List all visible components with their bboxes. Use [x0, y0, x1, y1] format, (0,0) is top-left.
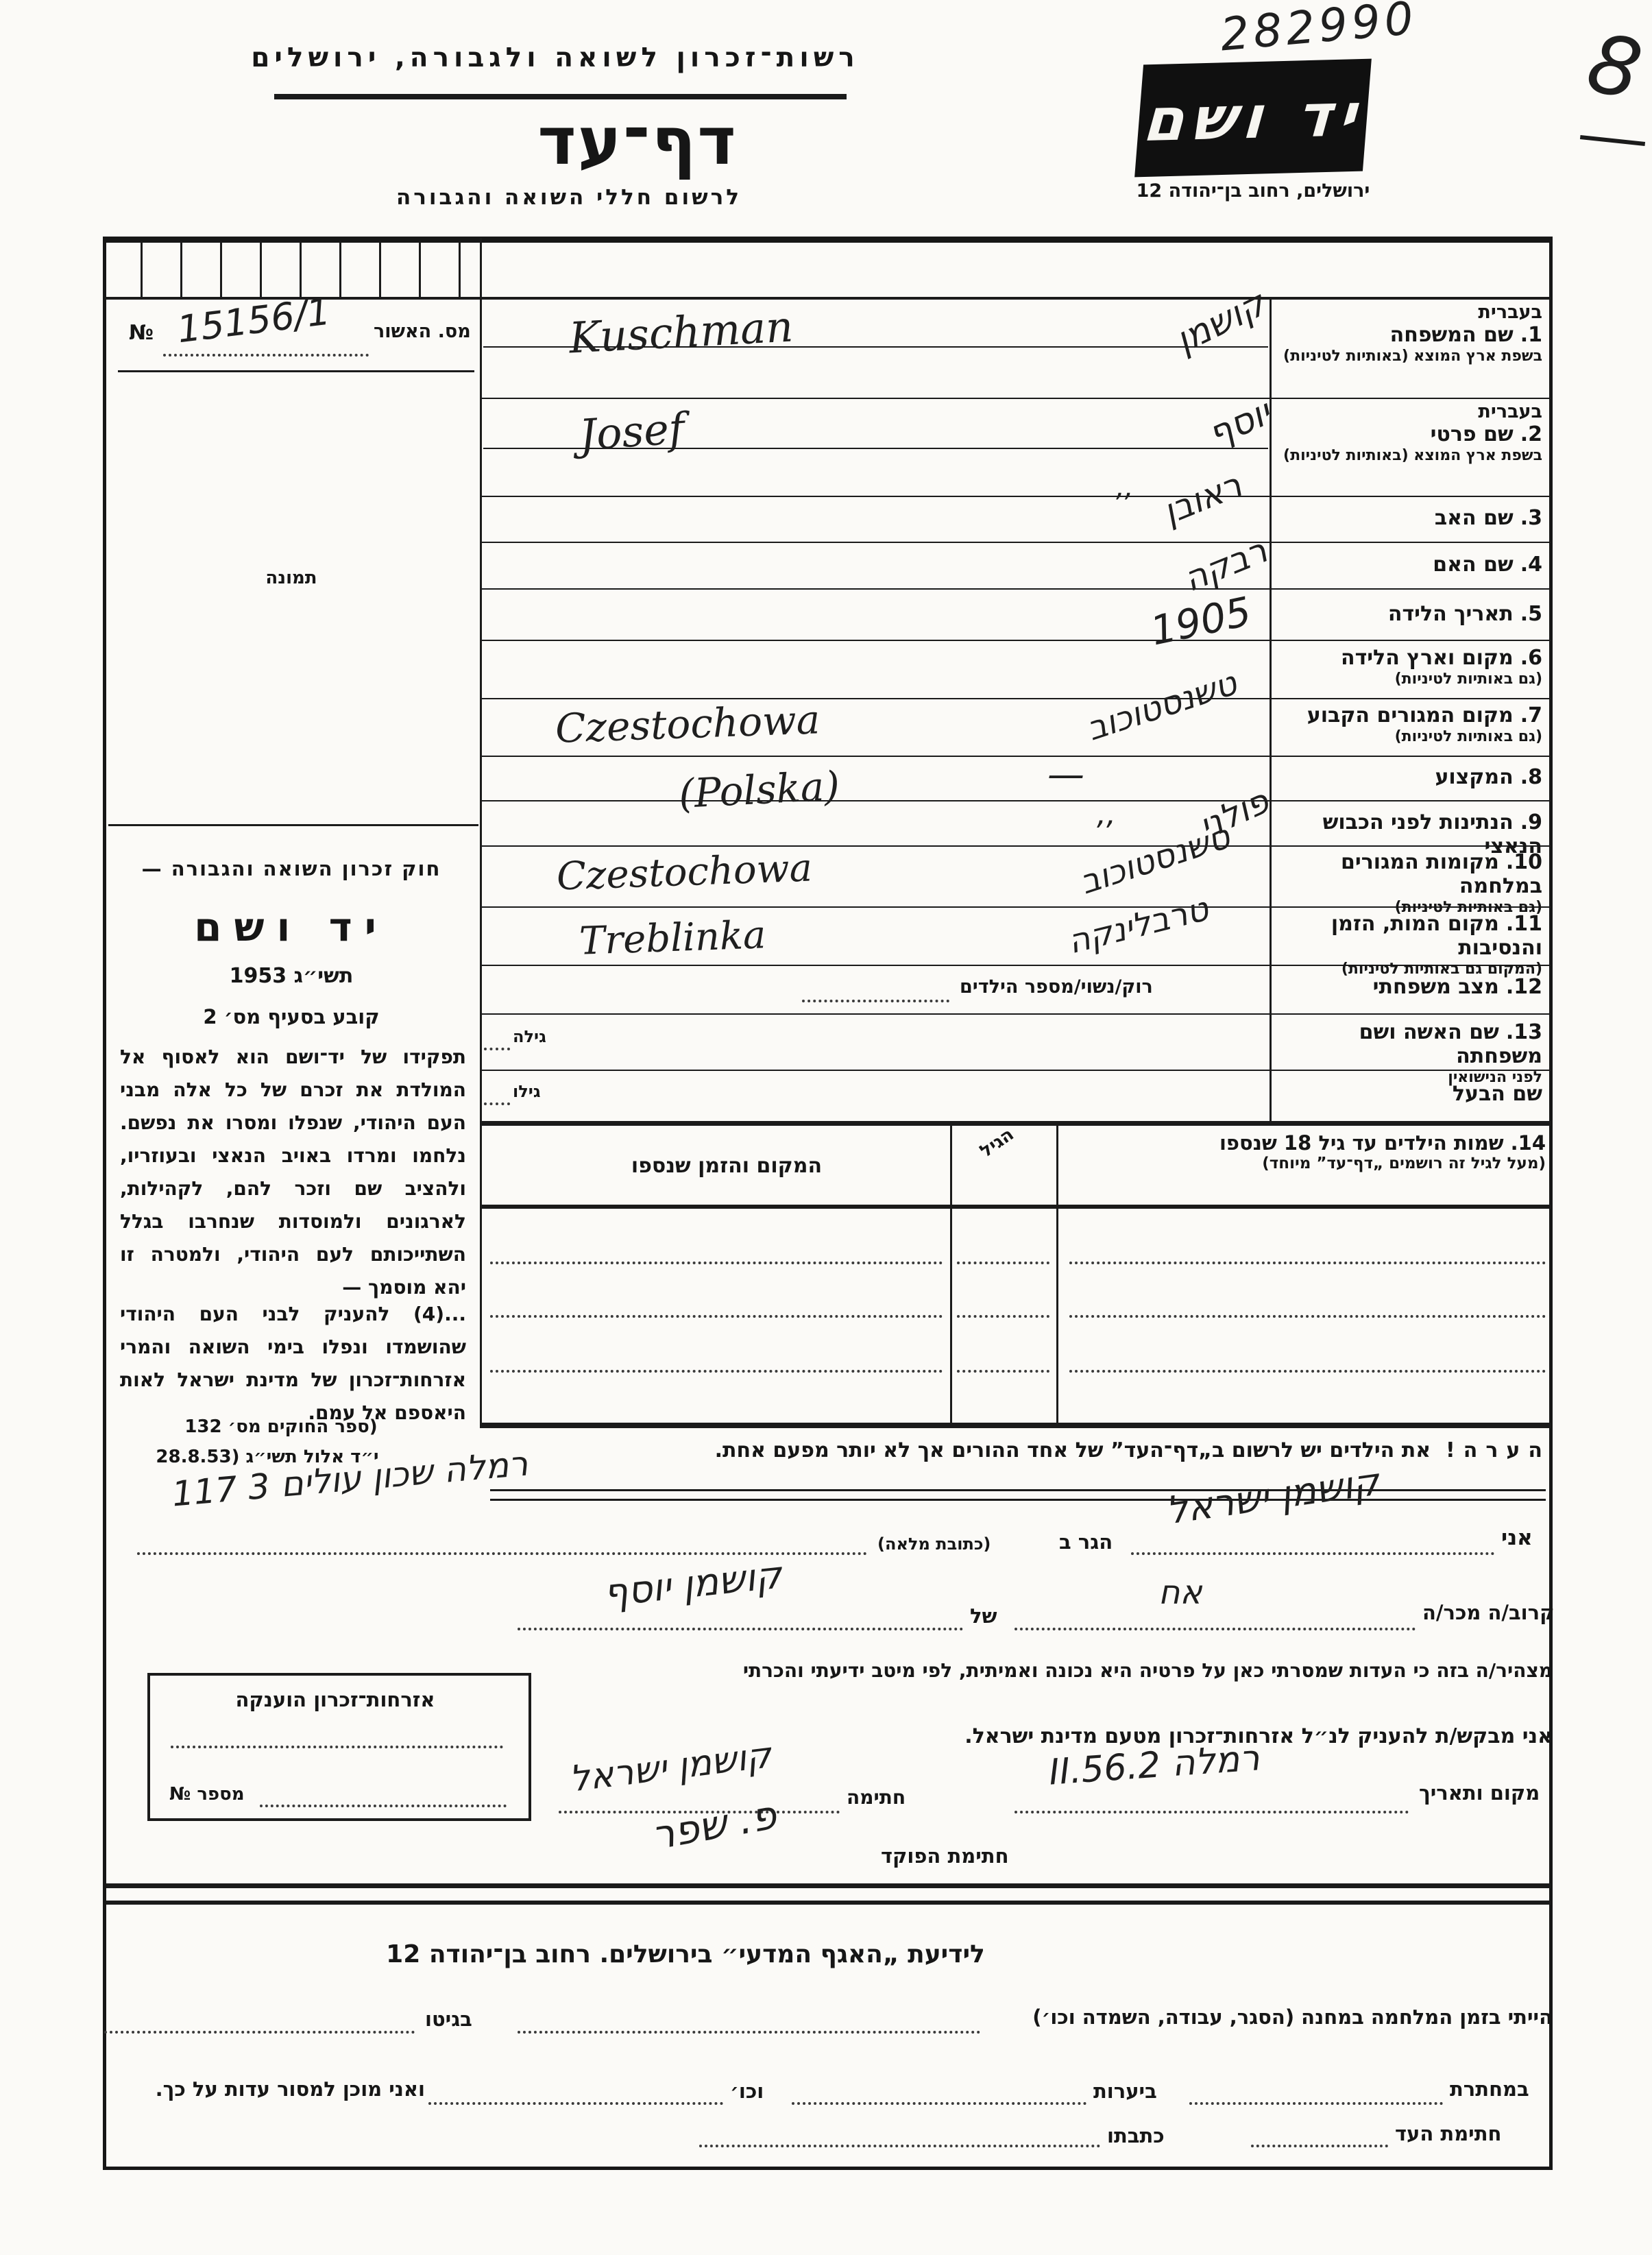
law-paragraph-2: ...(4) להעניק לבני העם היהודי שהושמדו ונ…: [120, 1298, 466, 1430]
comb-tick: [419, 241, 421, 298]
answer-death-place-latin: Treblinka: [579, 913, 766, 963]
bottom-section-rule-2: [106, 1901, 1551, 1905]
witness-address-label: כתבתו: [1107, 2124, 1165, 2147]
field-rule: [482, 800, 1551, 801]
camps-label: הייתי בזמן המלחמה במחנה (הסגר, עבודה, הש…: [987, 2005, 1553, 2029]
logo-address: ירושלים, רחוב בן־יהודה 12: [1109, 180, 1397, 202]
ghetto-label: בגיטו: [425, 2007, 472, 2031]
children-row-dotline: [957, 1262, 1049, 1264]
form-title: דף־עד: [473, 103, 802, 180]
agency-underline: [274, 94, 847, 99]
field-rule: [482, 542, 1551, 543]
law-reference-1: (ספר החוקים מס׳ 132: [137, 1416, 425, 1437]
children-col-divider: [950, 1126, 952, 1423]
note-bottom-rule-2: [490, 1499, 1546, 1501]
witness-signature-label: חתימת העד: [1395, 2122, 1501, 2145]
children-row-dotline: [1069, 1315, 1546, 1318]
field-label-8: 8.המקצוע: [1274, 765, 1545, 789]
stamp-number-label: מספר №: [169, 1784, 245, 1805]
note-text: את הילדים יש לרשום ב„דף־העד” של אחד ההור…: [715, 1438, 1431, 1462]
witness-signature-dotline: [1251, 2145, 1388, 2147]
children-field-sub: (מעל לגיל זה רושמים „דף־עד” מיוחד): [1066, 1155, 1546, 1172]
field-rule: [482, 698, 1551, 699]
comb-tick: [459, 241, 461, 298]
children-row-dotline: [490, 1370, 943, 1373]
children-row-dotline: [1069, 1370, 1546, 1373]
bottom-section-rule-1: [106, 1883, 1551, 1888]
field-rule: [482, 398, 1551, 399]
citizenship-stamp-box: אזרחות־זכרון הוענקה מספר №: [147, 1673, 531, 1821]
left-column-divider: [480, 238, 482, 1423]
declaration-statement: מצהיר/ה בזה כי העדות שמסרתי כאן על פרטיה…: [507, 1659, 1553, 1682]
children-row-dotline: [957, 1370, 1049, 1373]
witness-address-dotline: [699, 2145, 1100, 2147]
field-label-6: 6.מקום וארץ הלידה (גם באותיות לטיניות): [1274, 646, 1545, 688]
yad-vashem-logo: יד ושם: [1134, 59, 1372, 178]
clerk-signature-label: חתימת הפוקד: [881, 1844, 1009, 1868]
answer-residence-latin: (Polska): [677, 762, 840, 817]
answer-residence-ditto: ,,: [1097, 797, 1116, 832]
law-title: חוק זכרון השואה והגבורה —: [117, 857, 466, 880]
note-line: הערה!את הילדים יש לרשום ב„דף־העד” של אחד…: [500, 1438, 1551, 1462]
marital-status-dotline: [802, 1000, 949, 1002]
cert-number-sign: №: [129, 321, 154, 345]
etc-dotline: [428, 2102, 723, 2105]
field-rule: [482, 756, 1551, 757]
field-label-7: 7.מקום המגורים הקבוע (גם באותיות לטיניות…: [1274, 703, 1545, 746]
comb-tick: [260, 241, 262, 298]
relation-of-label: של: [970, 1604, 997, 1628]
field-6-sub: (גם באותיות לטיניות): [1274, 670, 1542, 688]
place-date-dotline: [1015, 1811, 1409, 1813]
law-paragraph-1: תפקידו של יד־ושם הוא לאסוף אל המולדת את …: [120, 1041, 466, 1304]
wife-age-dotline: [484, 1048, 510, 1050]
resident-label: הגר ב: [1059, 1530, 1113, 1554]
handwritten-page-mark: 8: [1579, 15, 1649, 119]
field-rule: [482, 1013, 1551, 1015]
field-7-sub: (גם באותיות לטיניות): [1274, 727, 1542, 746]
photo-placeholder-label: תמונה: [233, 568, 350, 588]
comb-tick: [379, 241, 381, 298]
forests-dotline: [792, 2102, 1086, 2105]
address-note-label: (כתובת מלאה): [877, 1534, 991, 1554]
declarant-i-label: אני: [1501, 1526, 1533, 1550]
field-rule: [482, 496, 1551, 497]
field-2-language: בעברית: [1274, 401, 1542, 422]
note-bottom-rule-1: [490, 1489, 1546, 1491]
stamp-title: אזרחות־זכרון הוענקה: [157, 1688, 513, 1711]
field-1-sub: בשפת ארץ המוצא (באותיות לטיניות): [1274, 347, 1542, 365]
children-row-dotline: [490, 1262, 943, 1264]
field-rule: [482, 640, 1551, 641]
stamp-dotline-1: [171, 1746, 503, 1748]
children-row-dotline: [957, 1315, 1049, 1318]
note-top-rule: [480, 1423, 1551, 1428]
field-1-language: בעברית: [1274, 302, 1542, 323]
comb-tick: [220, 241, 222, 298]
field-rule: [482, 588, 1551, 590]
comb-tick: [300, 241, 302, 298]
relation-dotline: [1015, 1628, 1416, 1630]
cert-bottom-rule: [118, 370, 474, 372]
signature-label: חתימה: [847, 1786, 906, 1809]
field-label-2: בעברית 2.שם פרטי בשפת ארץ המוצא (באותיות…: [1274, 401, 1545, 496]
law-name: יד ושם: [117, 904, 466, 950]
comb-tick: [339, 241, 341, 298]
field-label-13: 13.שם האשה ושם משפחתה לפני הנישואין: [1274, 1020, 1545, 1087]
field-label-3: 3.שם האב: [1274, 506, 1545, 530]
comb-tick: [141, 241, 143, 298]
field-label-10: 10.מקומות המגורים במלחמה (גם באותיות לטי…: [1274, 850, 1545, 917]
field-label-4: 4.שם האם: [1274, 553, 1545, 577]
law-clause: קובע בסעיף מס׳ 2: [117, 1005, 466, 1028]
note-label: הערה!: [1446, 1438, 1551, 1462]
testify-statement: ואני מוכן למסור עדות על כך.: [69, 2077, 425, 2101]
stamp-number-dotline: [260, 1805, 507, 1807]
field-label-5: 5.תאריך הלידה: [1274, 602, 1545, 626]
field-label-12: 12.מצב משפחתי: [1274, 975, 1545, 999]
marital-status-options: רוק/נשוי/מספר הילדים: [960, 976, 1153, 998]
answer-first-name-latin: Josef: [578, 403, 686, 461]
field-label-1: בעברית 1.שם המשפחה בשפת ארץ המוצא (באותי…: [1274, 302, 1545, 398]
children-row-dotline: [490, 1315, 943, 1318]
children-place-column-header: המקום והזמן שנספו: [521, 1154, 932, 1178]
children-field-label: 14.שמות הילדים עד גיל 18 שנספו (מעל לגיל…: [1066, 1131, 1546, 1172]
answer-birthplace-latin: Czestochowa: [555, 696, 821, 751]
etc-label: וכו׳: [730, 2079, 764, 2103]
scanned-testimony-page: 282990 8 רשות־זכרון לשואה ולגבורה, ירושל…: [0, 0, 1652, 2255]
underground-dotline: [1189, 2102, 1443, 2105]
scientific-dept-title: לידיעת „האגף המדעי״ בירושלים. רחוב בן־יה…: [288, 1940, 1083, 1968]
ghetto-dotline: [104, 2031, 415, 2034]
husband-age-label: גילו: [513, 1082, 541, 1101]
field-2-sub: בשפת ארץ המוצא (באותיות לטיניות): [1274, 446, 1542, 465]
answer-wartime-residence-latin: Czestochowa: [556, 846, 813, 900]
cert-number-dotline: [163, 354, 369, 357]
agency-name: רשות־זכרון לשואה ולגבורה, ירושלים: [247, 43, 864, 73]
answer-profession-dash: —: [1047, 753, 1084, 796]
field-label-husband: שם הבעל: [1274, 1082, 1545, 1106]
wife-age-label: גילה: [513, 1027, 546, 1046]
camps-dotline: [518, 2031, 980, 2034]
handwritten-file-number: 282990: [1218, 0, 1420, 61]
children-header-rule: [482, 1205, 1551, 1209]
relation-handwritten: אח: [1158, 1573, 1202, 1612]
children-top-rule: [482, 1121, 1551, 1126]
cert-number-label: מס. האשור: [374, 321, 471, 342]
place-date-label: מקום ותאריך: [1419, 1781, 1540, 1805]
sidebar-top-rule: [108, 824, 478, 826]
yad-vashem-logo-text: יד ושם: [1141, 81, 1365, 155]
relative-label: קרוב/ה מכר/ה: [1422, 1601, 1554, 1624]
form-subtitle: לרשום חללי השואה והגבורה: [350, 185, 788, 210]
comb-tick: [180, 241, 182, 298]
underground-label: במחתרת: [1450, 2077, 1529, 2101]
forests-label: ביערות: [1093, 2079, 1157, 2103]
children-row-dotline: [1069, 1262, 1546, 1264]
declarant-name-dotline: [1131, 1552, 1494, 1555]
page-mark-underline: [1580, 135, 1645, 146]
answer-father-ditto-marks: ,,: [1116, 472, 1133, 503]
field-label-11: 11.מקום המות, הזמן והנסיבות (המקום גם בא…: [1274, 912, 1545, 978]
victim-name-dotline: [518, 1628, 963, 1630]
husband-age-dotline: [484, 1102, 510, 1105]
children-col-divider: [1056, 1126, 1058, 1423]
law-year: תשי״ג 1953: [117, 964, 466, 988]
